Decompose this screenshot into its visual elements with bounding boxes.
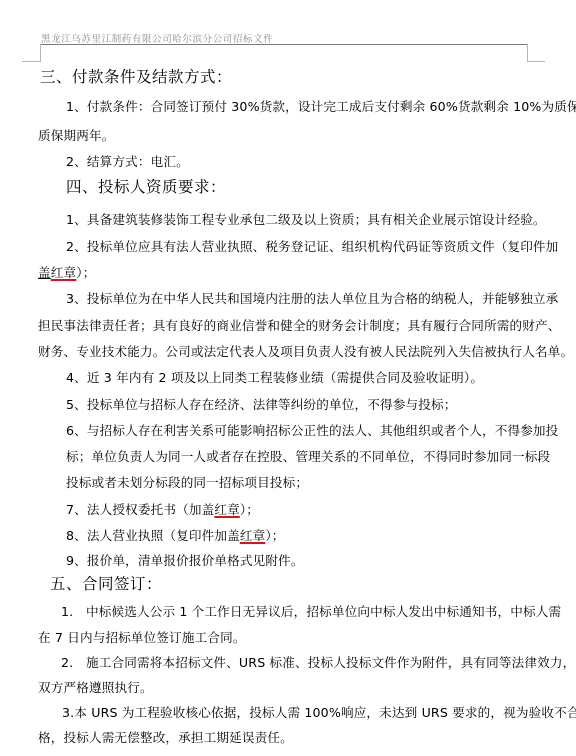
paragraph-line: 2、结算方式：电汇。 — [66, 154, 189, 170]
paragraph-line: 质保期两年。 — [38, 128, 114, 144]
paragraph-line: 担民事法律责任者；具有良好的商业信誉和健全的财务会计制度；具有履行合同所需的财产… — [38, 318, 561, 334]
section-heading-qualifications: 四、投标人资质要求： — [66, 177, 226, 197]
text-run: ）； — [265, 528, 284, 543]
spellcheck-flagged-text[interactable]: 红章 — [240, 528, 266, 543]
text-run: ）； — [240, 502, 259, 517]
paragraph-line: 中标候选人公示 1 个工作日无异议后，招标单位向中标人发出中标通知书，中标人需 — [86, 604, 561, 620]
paragraph-line: 投标或者未划分标段的同一招标项目投标； — [66, 475, 308, 491]
paragraph-line: 3.本 URS 为工程验收核心依据，投标人需 100%响应，未达到 URS 要求… — [62, 705, 576, 721]
paragraph-line: 5、投标单位与招标人存在经济、法律等纠纷的单位，不得参与投标； — [66, 397, 456, 413]
text-run: 7、法人授权委托书（加盖 — [66, 502, 214, 517]
paragraph-line: 9、报价单，清单报价报价单格式见附件。 — [66, 553, 304, 569]
paragraph-line: 1、具备建筑装修装饰工程专业承包二级及以上资质；具有相关企业展示馆设计经验。 — [66, 212, 546, 228]
paragraph-line: 施工合同需将本招标文件、URS 标准、投标人投标文件作为附件，具有同等法律效力， — [86, 655, 575, 671]
paragraph-line: 双方严格遵照执行。 — [38, 680, 153, 696]
paragraph-line: 2、投标单位应具有法人营业执照、税务登记证、组织机构代码证等资质文件（复印件加 — [66, 239, 558, 255]
paragraph-line: 财务、专业技术能力。公司或法定代表人及项目负责人没有被人民法院列入失信被执行人名… — [38, 344, 573, 360]
margin-corner-mark-right-h — [527, 61, 545, 62]
text-run: 8、法人营业执照（复印件加盖 — [66, 528, 240, 543]
paragraph-line: 8、法人营业执照（复印件加盖红章）； — [66, 528, 285, 544]
paragraph-line: 3、投标单位为在中华人民共和国境内注册的法人单位且为合格的纳税人，并能够独立承 — [66, 291, 558, 307]
paragraph-line: 格，投标人需无偿整改，承担工期延误责任。 — [38, 730, 293, 746]
paragraph-line: 盖红章）； — [38, 265, 95, 281]
paragraph-line: 4、近 3 年内有 2 项及以上同类工程装修业绩（需提供合同及验收证明）。 — [66, 370, 483, 386]
paragraph-line: 1、付款条件：合同签订预付 30%货款，设计完工成后支付剩余 60%货款剩余 1… — [66, 99, 576, 115]
running-header: 黑龙江乌苏里江制药有限公司哈尔滨分公司招标文件 — [41, 31, 273, 45]
document-page: 黑龙江乌苏里江制药有限公司哈尔滨分公司招标文件 三、付款条件及结款方式： 1、付… — [0, 0, 576, 756]
list-number: 2. — [61, 655, 73, 671]
text-run: 盖 — [38, 265, 51, 280]
paragraph-line: 在 7 日内与招标单位签订施工合同。 — [38, 630, 246, 646]
list-number: 1. — [61, 604, 73, 620]
paragraph-line: 标；单位负责人为同一人或者存在控股、管理关系的不同单位，不得同时参加同一标段 — [66, 449, 550, 465]
section-heading-contract: 五、合同签订： — [50, 574, 162, 594]
margin-corner-mark-right — [527, 44, 528, 62]
paragraph-line: 7、法人授权委托书（加盖红章）； — [66, 502, 259, 518]
paragraph-line: 6、与招标人存在利害关系可能影响招标公正性的法人、其他组织或者个人，不得参加投 — [66, 423, 558, 439]
header-rule — [40, 44, 528, 45]
spellcheck-flagged-text[interactable]: 红章 — [51, 265, 77, 280]
section-heading-payment: 三、付款条件及结款方式： — [40, 67, 232, 87]
spellcheck-flagged-text[interactable]: 红章 — [214, 502, 240, 517]
margin-corner-mark-left — [40, 44, 41, 62]
text-run: ）； — [76, 265, 95, 280]
margin-corner-mark-left-h — [22, 61, 40, 62]
